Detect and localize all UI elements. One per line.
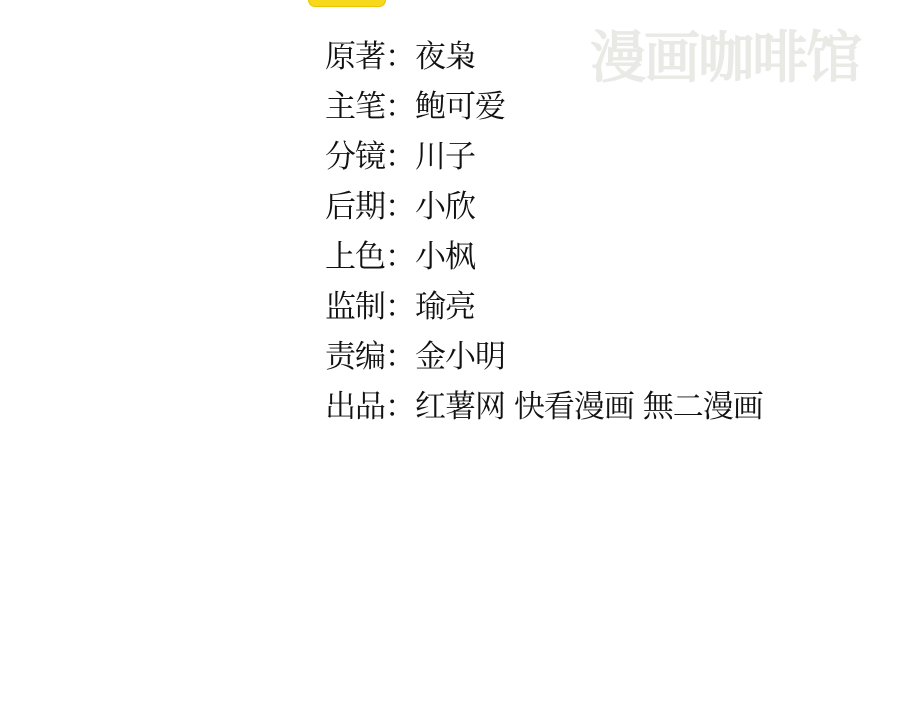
credit-row: 分镜： 川子 (325, 137, 763, 187)
credit-row: 上色： 小枫 (325, 237, 763, 287)
credit-role: 主笔： (325, 87, 415, 137)
credit-row: 主笔： 鲍可爱 (325, 87, 763, 137)
credits-list: 原著： 夜枭 主笔： 鲍可爱 分镜： 川子 后期： 小欣 上色： 小枫 监制： … (325, 37, 763, 437)
credit-role: 上色： (325, 237, 415, 287)
credit-name: 川子 (415, 137, 475, 187)
credit-name: 夜枭 (415, 37, 475, 87)
credit-row: 监制： 瑜亮 (325, 287, 763, 337)
credit-row: 原著： 夜枭 (325, 37, 763, 87)
credit-name: 小枫 (415, 237, 475, 287)
credit-row: 出品： 红薯网 快看漫画 無二漫画 (325, 387, 763, 437)
yellow-tab-decoration (308, 0, 386, 7)
credit-row: 后期： 小欣 (325, 187, 763, 237)
credit-role: 责编： (325, 337, 415, 387)
credit-role: 原著： (325, 37, 415, 87)
credit-name: 小欣 (415, 187, 475, 237)
credit-name: 红薯网 快看漫画 無二漫画 (415, 387, 763, 437)
credit-role: 监制： (325, 287, 415, 337)
credit-name: 瑜亮 (415, 287, 475, 337)
credit-name: 金小明 (415, 337, 505, 387)
credit-name: 鲍可爱 (415, 87, 505, 137)
credit-role: 分镜： (325, 137, 415, 187)
credit-row: 责编： 金小明 (325, 337, 763, 387)
credit-role: 出品： (325, 387, 415, 437)
credit-role: 后期： (325, 187, 415, 237)
